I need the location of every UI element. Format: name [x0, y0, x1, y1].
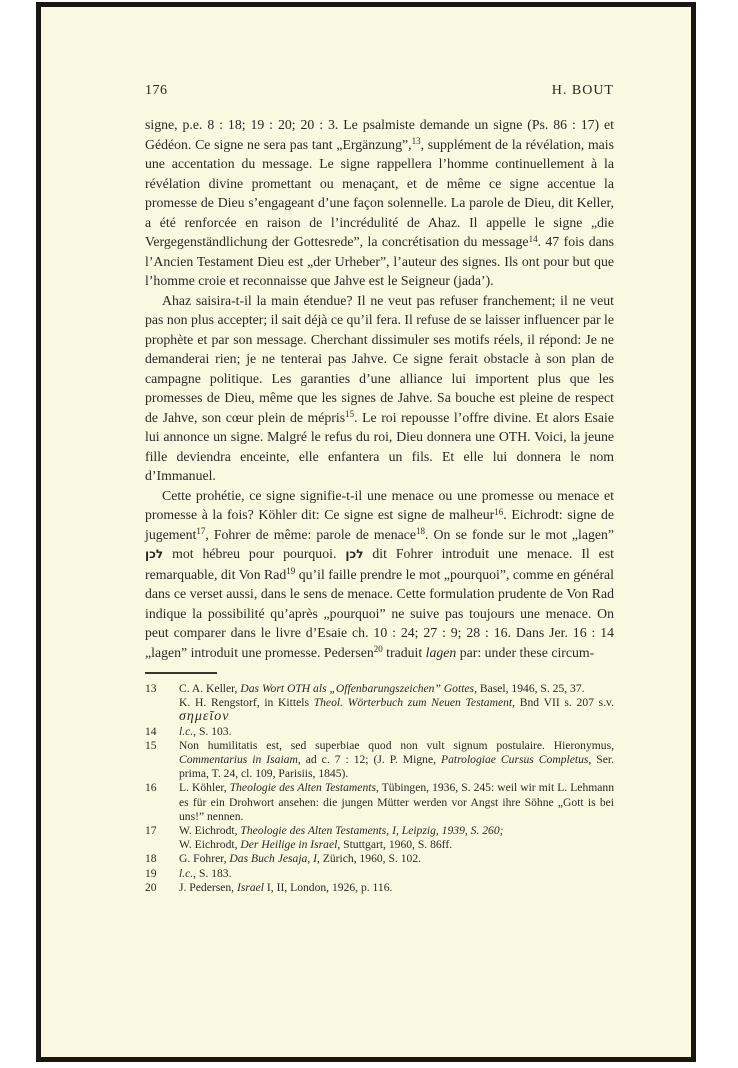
page-number: 176 [145, 83, 168, 99]
italic-text: lagen [426, 645, 457, 660]
text-segment: , Bnd VII s. 207 s.v. [512, 696, 614, 709]
footnote-ref: 16 [494, 507, 503, 517]
text-segment: Non humilitatis est, sed superbiae quod … [179, 739, 614, 752]
text-segment: mot hébreu pour pourquoi. [163, 546, 345, 561]
greek-word: σημεῖον [179, 709, 230, 724]
body-paragraph: Cette prohétie, ce signe signifie-t-il u… [145, 486, 614, 663]
text-segment: Ahaz saisira-t-il la main étendue? Il ne… [145, 293, 614, 425]
hebrew-word: לכן [145, 547, 163, 561]
footnote-text: C. A. Keller, Das Wort OTH als „Offenbar… [179, 682, 614, 725]
footnote-item: 14l.c., S. 103. [145, 725, 614, 739]
footnote-text: l.c., S. 103. [179, 725, 614, 739]
footnote-number: 18 [145, 852, 179, 866]
text-segment: , Zürich, 1960, S. 102. [317, 852, 421, 865]
text-segment: J. Pedersen, [179, 881, 237, 894]
italic-text: Patrologiae Cursus Completus [441, 753, 588, 766]
footnote-ref: 14 [529, 234, 538, 244]
footnote-ref: 13 [412, 136, 421, 146]
running-head: H. BOUT [552, 83, 614, 99]
footnote-item: 19l.c., S. 183. [145, 867, 614, 881]
footnote-ref: 18 [416, 526, 425, 536]
footnote-item: 18G. Fohrer, Das Buch Jesaja, I, Zürich,… [145, 852, 614, 866]
text-segment: , Basel, 1946, S. 25, 37. [474, 682, 584, 695]
footnote-rule [145, 672, 217, 674]
italic-text: Das Wort OTH als „Offenbarungszeichen” G… [240, 682, 474, 695]
footnote-number: 13 [145, 682, 179, 725]
text-segment: W. Eichrodt, [179, 838, 240, 851]
text-segment: I, II, London, 1926, p. 116. [264, 881, 392, 894]
body-paragraph: signe, p.e. 8 : 18; 19 : 20; 20 : 3. Le … [145, 115, 614, 291]
italic-text: Theol. Wörterbuch zum Neuen Testament [314, 696, 512, 709]
footnotes-section: 13C. A. Keller, Das Wort OTH als „Offenb… [145, 682, 614, 895]
footnote-item: 20J. Pedersen, Israel I, II, London, 192… [145, 881, 614, 895]
text-segment: , S. 103. [193, 725, 231, 738]
hebrew-word: לכן [345, 547, 363, 561]
footnote-number: 14 [145, 725, 179, 739]
italic-text: Das Buch Jesaja, I [229, 852, 317, 865]
body-text: signe, p.e. 8 : 18; 19 : 20; 20 : 3. Le … [145, 115, 614, 662]
text-segment: . On se fonde sur le mot „lagen” [425, 527, 614, 542]
footnote-item: 13C. A. Keller, Das Wort OTH als „Offenb… [145, 682, 614, 725]
footnote-number: 19 [145, 867, 179, 881]
text-segment: , Stuttgart, 1960, S. 86ff. [337, 838, 452, 851]
footnote-text: W. Eichrodt, Theologie des Alten Testame… [179, 824, 614, 852]
italic-text: Theologie des Alten Testaments [230, 781, 376, 794]
footnote-number: 15 [145, 739, 179, 782]
body-paragraph: Ahaz saisira-t-il la main étendue? Il ne… [145, 291, 614, 486]
footnote-text: Non humilitatis est, sed superbiae quod … [179, 739, 614, 782]
text-segment: , ad c. 7 : 12; (J. P. Migne, [298, 753, 441, 766]
footnote-ref: 20 [374, 644, 383, 654]
italic-text: Theologie des Alten Testaments, I, Leipz… [240, 824, 503, 837]
footnote-text: G. Fohrer, Das Buch Jesaja, I, Zürich, 1… [179, 852, 614, 866]
footnote-item: 16L. Köhler, Theologie des Alten Testame… [145, 781, 614, 824]
footnote-item: 15Non humilitatis est, sed superbiae quo… [145, 739, 614, 782]
italic-text: l.c. [179, 867, 193, 880]
italic-text: l.c. [179, 725, 193, 738]
footnote-number: 20 [145, 881, 179, 895]
footnote-text: l.c., S. 183. [179, 867, 614, 881]
footnote-ref: 15 [345, 409, 354, 419]
text-segment: traduit [383, 645, 426, 660]
footnote-ref: 17 [196, 526, 205, 536]
footnote-number: 16 [145, 781, 179, 824]
page-header: 176 H. BOUT [145, 83, 614, 99]
page-content: 176 H. BOUT signe, p.e. 8 : 18; 19 : 20;… [41, 7, 691, 1057]
text-segment: G. Fohrer, [179, 852, 229, 865]
footnote-text: J. Pedersen, Israel I, II, London, 1926,… [179, 881, 614, 895]
footnote-text: L. Köhler, Theologie des Alten Testament… [179, 781, 614, 824]
footnote-ref: 19 [286, 566, 295, 576]
text-segment: K. H. Rengstorf, in Kittels [179, 696, 314, 709]
text-segment: , S. 183. [193, 867, 231, 880]
footnote-number: 17 [145, 824, 179, 852]
footnote-item: 17W. Eichrodt, Theologie des Alten Testa… [145, 824, 614, 852]
page-frame: 176 H. BOUT signe, p.e. 8 : 18; 19 : 20;… [36, 2, 696, 1062]
italic-text: Israel [237, 881, 264, 894]
text-segment: par: under these circum- [456, 645, 594, 660]
text-segment: , Fohrer de même: parole de menace [205, 527, 416, 542]
italic-text: Der Heilige in Israel [240, 838, 337, 851]
text-segment: , supplément de la révélation, mais une … [145, 137, 614, 250]
text-segment: W. Eichrodt, [179, 824, 240, 837]
text-segment: L. Köhler, [179, 781, 230, 794]
italic-text: Commentarius in Isaiam [179, 753, 298, 766]
text-segment: C. A. Keller, [179, 682, 240, 695]
